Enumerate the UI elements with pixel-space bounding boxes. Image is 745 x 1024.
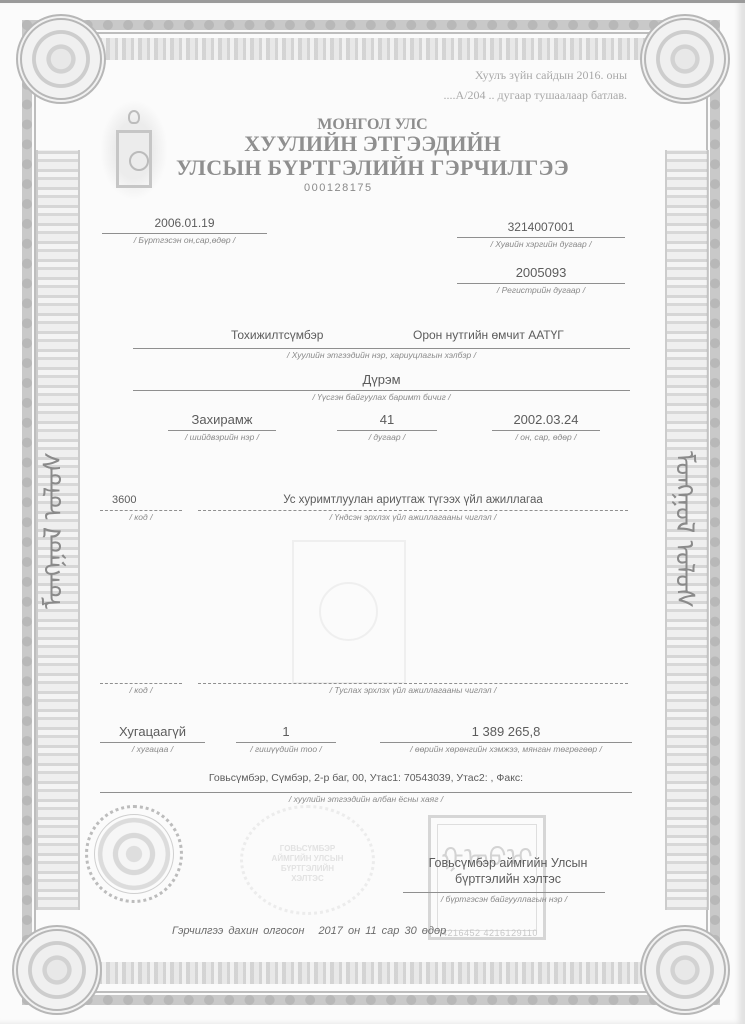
member-count-field: 1 / гишүүдийн тоо / (236, 724, 336, 754)
entity-name-value: Тохижилтсүмбэр (231, 327, 323, 343)
registering-org-label: / бүртгэсэн байгууллагын нэр / (403, 894, 605, 904)
official-address-field: Говьсүмбэр, Сүмбэр, 2-р баг, 00, Утас1: … (100, 770, 632, 804)
decision-name-field: Захирамж / шийдвэрийн нэр / (168, 412, 276, 442)
secondary-activity-label: / Туслах эрхлэх үйл ажиллагааны чиглэл / (198, 685, 628, 695)
soyombo-watermark (292, 540, 406, 684)
registration-date-value: 2006.01.19 (102, 215, 267, 231)
law-note-line2: ....А/204 .. дугаар тушаалаар батлав. (444, 88, 627, 103)
embossed-seal: ГОВЬСҮМБЭР АЙМГИЙН УЛСЫН БҮРТГЭЛИЙН ХЭЛТ… (240, 805, 375, 915)
title-line2: УЛСЫН БҮРТГЭЛИЙН ГЭРЧИЛГЭЭ (0, 155, 745, 181)
founding-document-label: / Үүсгэн байгуулах баримт бичиг / (133, 392, 630, 402)
mongolian-script-right: ᠮᠣᠩᠭᠣᠯ ᠤᠯᠤᠰ (672, 390, 698, 670)
mongolian-script-left: ᠮᠣᠩᠭᠣᠯ ᠤᠯᠤᠰ (40, 390, 66, 670)
reissue-line: Гэрчилгээ дахин олгосон2017 он 11 сар 30… (172, 925, 446, 937)
law-note-line1: Хуулъ зүйн сайдын 2016. оны (475, 68, 627, 83)
decision-date-label: / он, сар, өдөр / (492, 432, 600, 442)
corner-ornament-bottom-right (640, 925, 730, 1015)
reissue-label: Гэрчилгээ дахин олгосон (172, 925, 304, 937)
personal-file-number-field: 3214007001 / Хувийн хэргийн дугаар / (457, 219, 625, 249)
serial-number: 000128175 (304, 182, 373, 194)
personal-file-number-value: 3214007001 (457, 219, 625, 235)
entity-form-value: Орон нутгийн өмчит ААТҮГ (413, 327, 564, 343)
term-label: / хугацаа / (100, 744, 205, 754)
founding-document-value: Дүрэм (133, 372, 630, 388)
title-line1: ХУУЛИЙН ЭТГЭЭДИЙН (0, 131, 745, 157)
official-address-label: / хуулийн этгээдийн албан ёсны хаяг / (100, 794, 632, 804)
decision-number-field: 41 / дугаар / (337, 412, 437, 442)
decision-number-label: / дугаар / (337, 432, 437, 442)
state-seal-icon (85, 805, 183, 903)
corner-ornament-bottom-left (12, 925, 102, 1015)
stamp-number: 4216452 4216129110 (442, 928, 538, 938)
secondary-activity-value (198, 665, 628, 681)
secondary-activity-code-field: / код / (100, 665, 182, 695)
entity-name-label: / Хуулийн этгээдийн нэр, хариуцлагын хэл… (133, 350, 630, 360)
registering-org-field: / бүртгэсэн байгууллагын нэр / (403, 890, 605, 904)
main-activity-label: / Үндсэн эрхлэх үйл ажиллагааны чиглэл / (198, 512, 628, 522)
founding-document-field: Дүрэм / Үүсгэн байгуулах баримт бичиг / (133, 372, 630, 402)
equity-capital-value: 1 389 265,8 (380, 724, 632, 740)
main-activity-value: Ус хуримтлуулан ариутгаж түгээх үйл ажил… (198, 492, 628, 508)
register-number-field: 2005093 / Регистрийн дугаар / (457, 265, 625, 295)
member-count-label: / гишүүдийн тоо / (236, 744, 336, 754)
personal-file-number-label: / Хувийн хэргийн дугаар / (457, 239, 625, 249)
registration-date-field: 2006.01.19 / Бүртгэсэн он,сар,өдөр / (102, 215, 267, 245)
secondary-activity-field: / Туслах эрхлэх үйл ажиллагааны чиглэл / (198, 665, 628, 695)
registering-org-name: Говьсүмбэр аймгийн Улсын бүртгэлийн хэлт… (403, 855, 613, 887)
member-count-value: 1 (236, 724, 336, 740)
main-activity-code-field: 3600 / код / (100, 492, 182, 522)
main-activity-code-label: / код / (100, 512, 182, 522)
decision-name-value: Захирамж (168, 412, 276, 428)
term-value: Хугацаагүй (100, 724, 205, 740)
decision-date-value: 2002.03.24 (492, 412, 600, 428)
term-field: Хугацаагүй / хугацаа / (100, 724, 205, 754)
corner-ornament-top-right (640, 14, 730, 104)
secondary-activity-code-value (100, 665, 182, 681)
reissue-date: 2017 он 11 сар 30 өдөр (318, 925, 446, 937)
equity-capital-field: 1 389 265,8 / өөрийн хөрөнгийн хэмжээ, м… (380, 724, 632, 754)
equity-capital-label: / өөрийн хөрөнгийн хэмжээ, мянган төгрөг… (380, 744, 632, 754)
decision-number-value: 41 (337, 412, 437, 428)
entity-name-field: Тохижилтсүмбэр Орон нутгийн өмчит ААТҮГ … (133, 327, 630, 360)
main-activity-field: Ус хуримтлуулан ариутгаж түгээх үйл ажил… (198, 492, 628, 522)
decision-date-field: 2002.03.24 / он, сар, өдөр / (492, 412, 600, 442)
register-number-label: / Регистрийн дугаар / (457, 285, 625, 295)
secondary-activity-code-label: / код / (100, 685, 182, 695)
ornament-band-top (90, 38, 655, 60)
decision-name-label: / шийдвэрийн нэр / (168, 432, 276, 442)
registration-date-label: / Бүртгэсэн он,сар,өдөр / (102, 235, 267, 245)
official-address-value: Говьсүмбэр, Сүмбэр, 2-р баг, 00, Утас1: … (100, 770, 632, 786)
corner-ornament-top-left (16, 14, 106, 104)
ornament-band-bottom (90, 962, 655, 984)
main-activity-code-value: 3600 (100, 492, 182, 508)
register-number-value: 2005093 (457, 265, 625, 281)
